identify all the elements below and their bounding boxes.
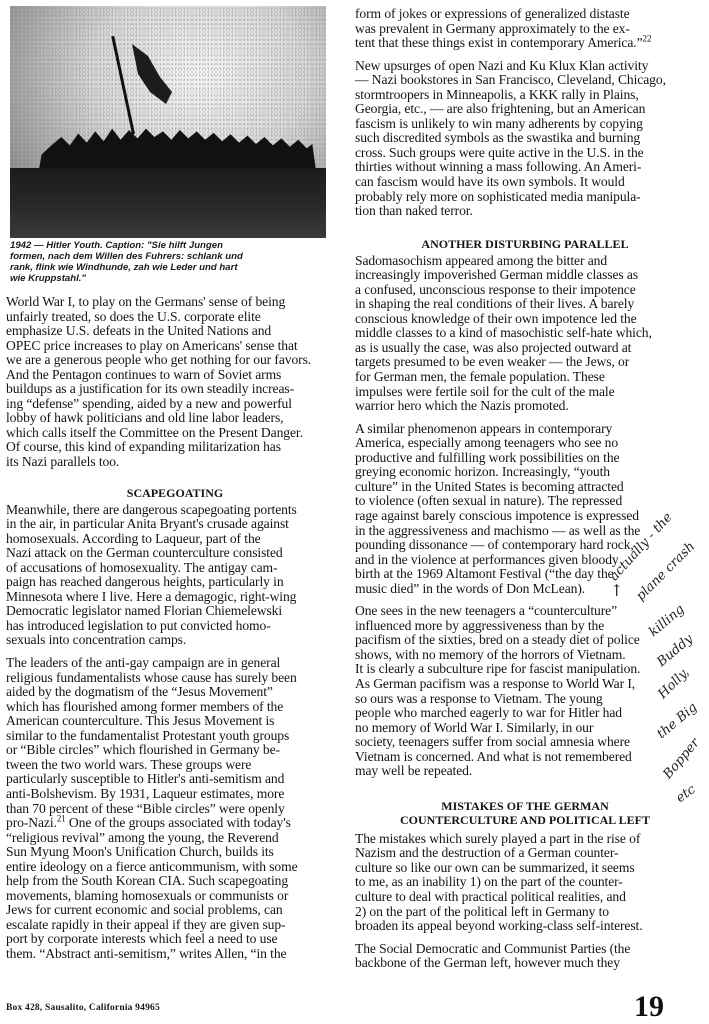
- paragraph-new-teenagers: One sees in the new teenagers a “counter…: [355, 604, 695, 779]
- footnote-ref-21: 21: [57, 814, 66, 824]
- heading-scapegoating: SCAPEGOATING: [6, 486, 344, 500]
- heading-mistakes: MISTAKES OF THE GERMAN COUNTERCULTURE AN…: [355, 799, 695, 827]
- paragraph-social-democratic: The Social Democratic and Communist Part…: [355, 942, 695, 971]
- footnote-ref-22: 22: [643, 34, 652, 44]
- paragraph-scapegoating: Meanwhile, there are dangerous scapegoat…: [6, 503, 344, 648]
- page-number: 19: [634, 992, 664, 1022]
- paragraph-mistakes: The mistakes which surely played a part …: [355, 832, 695, 934]
- paragraph-anti-gay-campaign: The leaders of the anti-gay campaign are…: [6, 656, 344, 961]
- heading-another-disturbing-parallel: ANOTHER DISTURBING PARALLEL: [355, 237, 695, 251]
- paragraph-allen-quote: form of jokes or expressions of generali…: [355, 7, 695, 51]
- paragraph-sadomasochism: Sadomasochism appeared among the bitter …: [355, 254, 695, 414]
- photo-spacer: [6, 0, 344, 295]
- paragraph-youth-culture: A similar phenomenon appears in contempo…: [355, 422, 695, 597]
- left-column: World War I, to play on the Germans' sen…: [6, 0, 344, 962]
- paragraph-nazi-kkk-upsurges: New upsurges of open Nazi and Ku Klux Kl…: [355, 59, 695, 219]
- paragraph-militarization: World War I, to play on the Germans' sen…: [6, 295, 344, 470]
- right-column: form of jokes or expressions of generali…: [355, 0, 695, 971]
- footer-address: Box 428, Sausalito, California 94965: [6, 1003, 160, 1013]
